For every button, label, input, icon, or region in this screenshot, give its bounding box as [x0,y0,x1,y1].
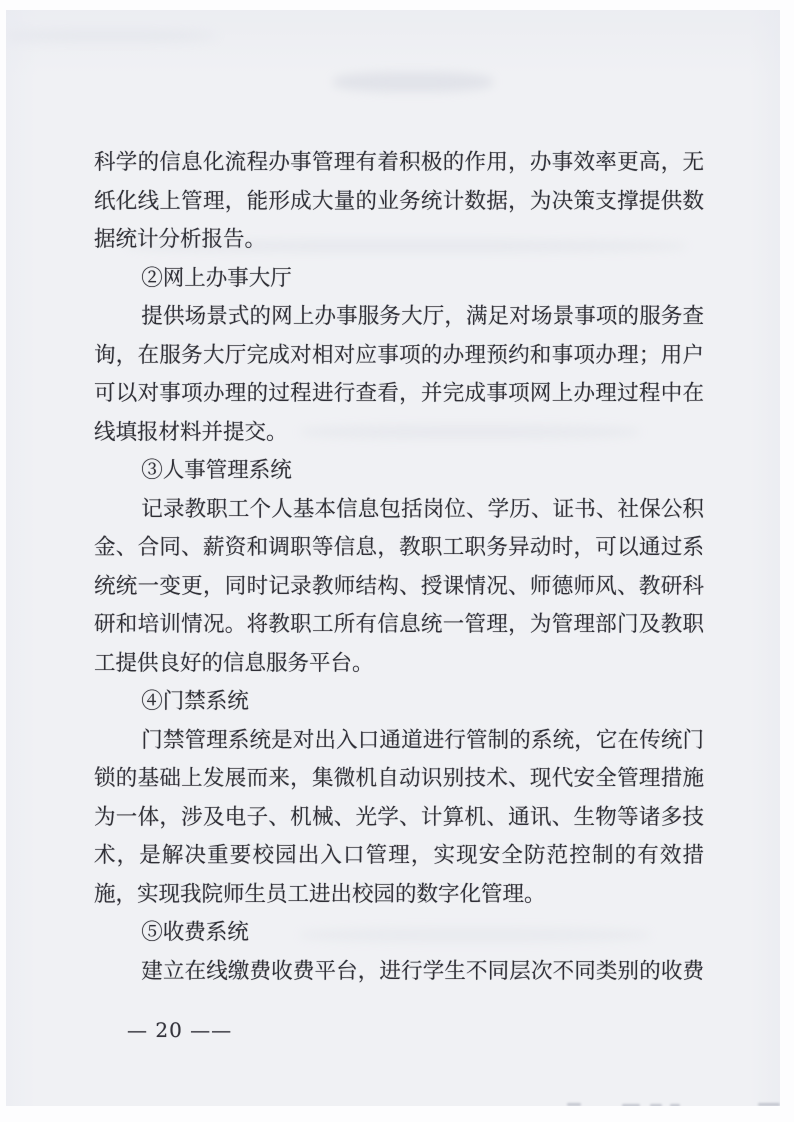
document-page: 科学的信息化流程办事管理有着积极的作用，办事效率更高，无纸化线上管理，能形成大量… [6,10,780,1106]
scan-noise-speck [670,1104,680,1106]
bleed-through-smudge [333,72,493,92]
scan-noise-speck [650,1104,662,1106]
scan-noise-speck [622,1104,640,1106]
paragraph: 建立在线缴费收费平台，进行学生不同层次不同类别的收费 [94,953,704,992]
page-text-block: 科学的信息化流程办事管理有着积极的作用，办事效率更高，无纸化线上管理，能形成大量… [94,144,704,991]
page-number: — 20 —— [127,1018,232,1042]
paragraph: 门禁管理系统是对出入口通道进行管制的系统，它在传统门锁的基础上发展而来，集微机自… [94,722,704,915]
section-heading: ⑤收费系统 [94,914,704,953]
paragraph: 科学的信息化流程办事管理有着积极的作用，办事效率更高，无纸化线上管理，能形成大量… [94,144,704,260]
scan-noise-speck [567,1103,581,1106]
section-heading: ④门禁系统 [94,683,704,722]
scan-noise-speck [758,1103,780,1106]
section-heading: ②网上办事大厅 [94,260,704,299]
scan-edge-shadow [6,32,216,40]
section-heading: ③人事管理系统 [94,452,704,491]
paragraph: 提供场景式的网上办事服务大厅，满足对场景事项的服务查询，在服务大厅完成对相对应事… [94,298,704,452]
paragraph: 记录教职工个人基本信息包括岗位、学历、证书、社保公积金、合同、薪资和调职等信息，… [94,491,704,684]
